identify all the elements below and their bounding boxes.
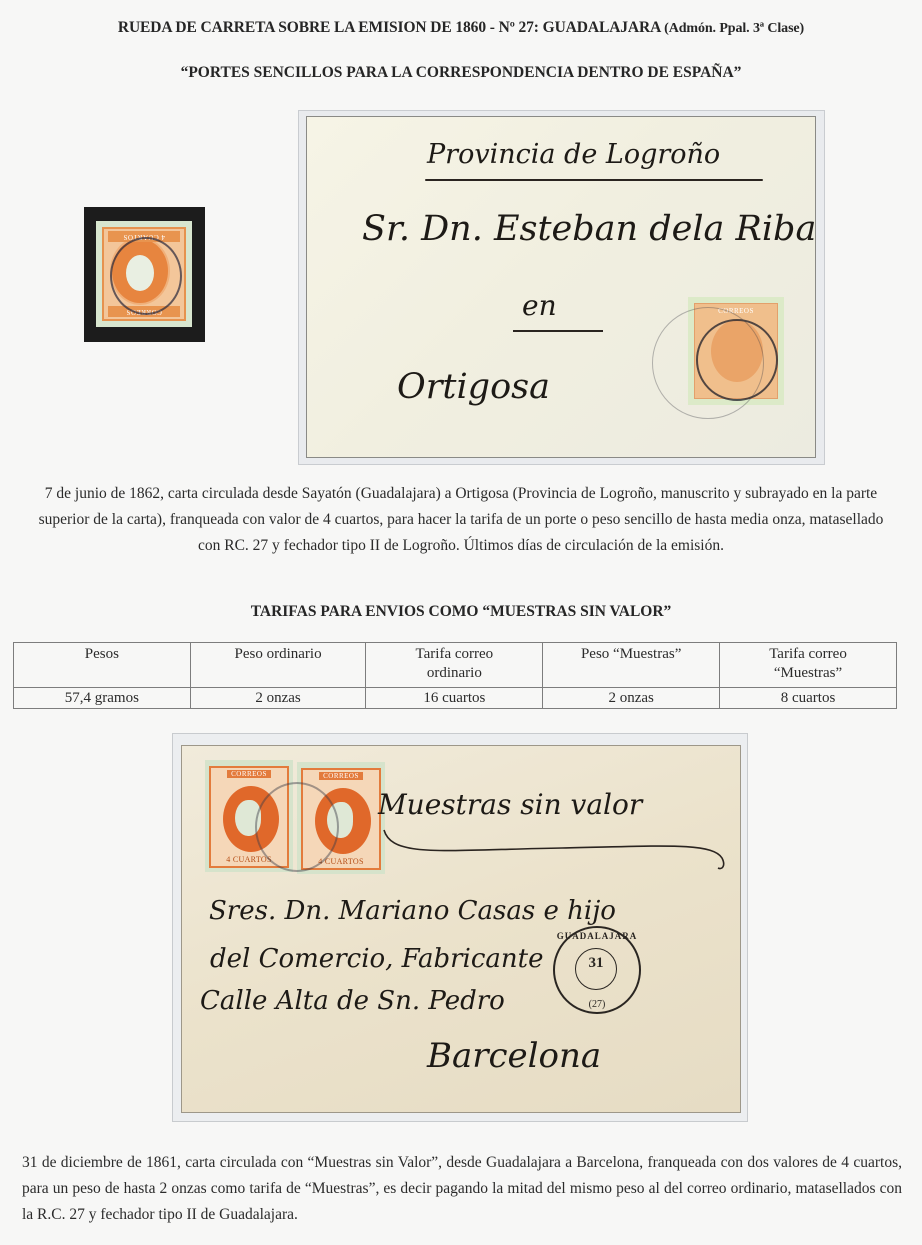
- column-header: Peso ordinario: [190, 643, 366, 688]
- table-cell: 57,4 gramos: [14, 688, 191, 709]
- page-title: RUEDA DE CARRETA SOBRE LA EMISION DE 186…: [0, 19, 922, 37]
- page-subtitle: “PORTES SENCILLOS PARA LA CORRESPONDENCI…: [0, 64, 922, 82]
- column-header: Pesos: [14, 643, 191, 688]
- table-row: 57,4 gramos 2 onzas 16 cuartos 2 onzas 8…: [14, 688, 897, 709]
- loose-stamp: CORREOS 4 CUARTOS: [96, 221, 192, 327]
- postmark-day: 31: [576, 955, 616, 972]
- cartwheel-cancel-icon: [255, 782, 339, 872]
- postmark-town: GUADALAJARA: [555, 931, 639, 941]
- cover2-address-line: del Comercio, Fabricante: [210, 944, 544, 974]
- column-header: Tarifa correo “Muestras”: [720, 643, 897, 688]
- cover2-muestras-sin-valor: Muestras sin valor: [378, 788, 642, 821]
- cartwheel-cancel-icon: [110, 237, 182, 315]
- stamp-top-label: CORREOS: [319, 772, 363, 780]
- loose-stamp-mount: CORREOS 4 CUARTOS: [84, 207, 205, 342]
- cover2-city: Barcelona: [427, 1036, 601, 1076]
- page-title-main: RUEDA DE CARRETA SOBRE LA EMISION DE 186…: [118, 19, 660, 36]
- cover2-addressee: Sres. Dn. Mariano Casas e hijo: [209, 896, 616, 926]
- cover1-en: en: [522, 289, 557, 322]
- tariff-table-title: TARIFAS PARA ENVIOS COMO “MUESTRAS SIN V…: [0, 603, 922, 621]
- flourish-icon: [382, 828, 732, 870]
- cover1-underline: [425, 179, 763, 181]
- table-cell: 2 onzas: [543, 688, 720, 709]
- cover1-destination: Ortigosa: [397, 367, 550, 407]
- table-cell: 8 cuartos: [720, 688, 897, 709]
- guadalajara-datestamp: GUADALAJARA 31 (27): [553, 926, 641, 1014]
- cover2-caption: 31 de diciembre de 1861, carta circulada…: [22, 1150, 902, 1228]
- postmark-number: (27): [555, 999, 639, 1010]
- cover1-addressee: Sr. Dn. Esteban dela Riba: [362, 209, 816, 249]
- tariff-table-header-row: Pesos Peso ordinario Tarifa correo ordin…: [14, 643, 897, 688]
- page-title-suffix: (Admón. Ppal. 3ª Clase): [664, 21, 804, 36]
- column-header: Peso “Muestras”: [543, 643, 720, 688]
- cover2-street: Calle Alta de Sn. Pedro: [200, 986, 505, 1016]
- table-cell: 2 onzas: [190, 688, 366, 709]
- cover1-province-line: Provincia de Logroño: [427, 139, 720, 170]
- tariff-table: Pesos Peso ordinario Tarifa correo ordin…: [13, 642, 897, 709]
- cover1-en-underline: [513, 330, 603, 332]
- stamp-top-label: CORREOS: [227, 770, 271, 778]
- cover1-caption: 7 de junio de 1862, carta circulada desd…: [30, 481, 892, 559]
- cover1-letter: Provincia de Logroño Sr. Dn. Esteban del…: [306, 116, 816, 458]
- column-header: Tarifa correo ordinario: [366, 643, 543, 688]
- table-cell: 16 cuartos: [366, 688, 543, 709]
- cover2-letter: CORREOS 4 CUARTOS CORREOS 4 CUARTOS Mues…: [181, 745, 741, 1113]
- datestamp-ghost-icon: [652, 307, 764, 419]
